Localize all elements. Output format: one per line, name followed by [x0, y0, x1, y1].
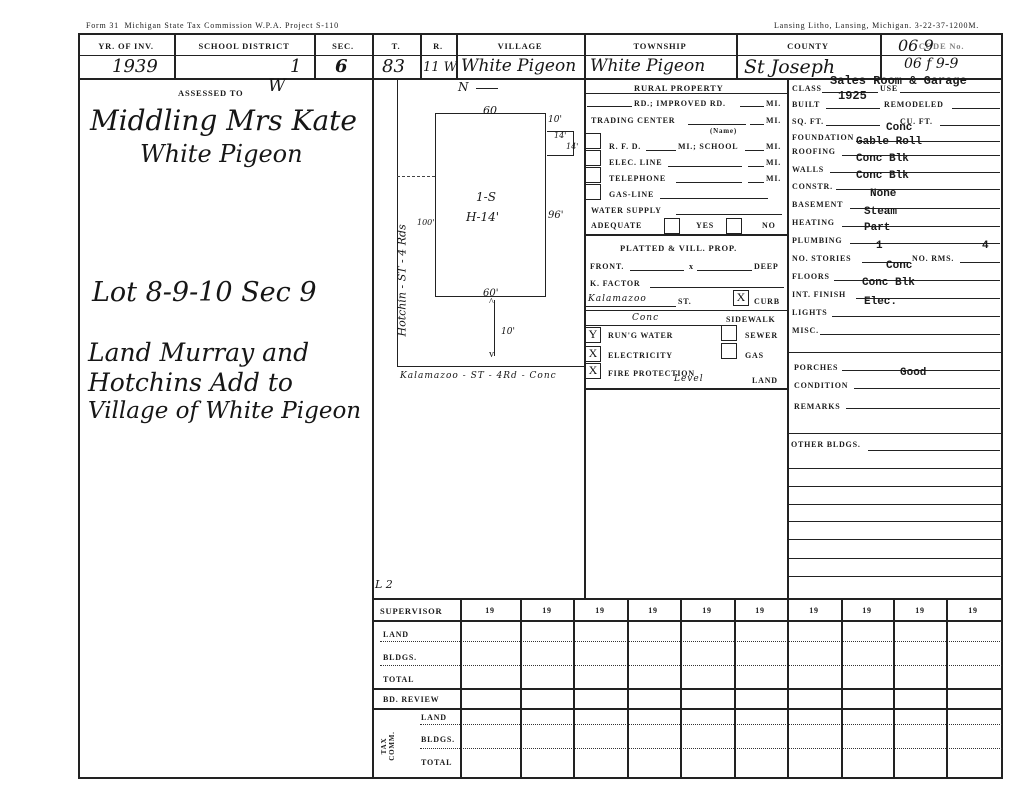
col-township: TOWNSHIP: [584, 41, 736, 51]
adequate-no-checkbox[interactable]: [726, 218, 742, 234]
building-height: H-14': [466, 210, 499, 224]
gas-checkbox[interactable]: [721, 343, 737, 359]
year-col-2: 19: [527, 606, 567, 615]
left-depth: 100': [417, 218, 434, 227]
rfd-checkbox[interactable]: [585, 133, 601, 149]
porches-label: PORCHES: [794, 363, 838, 372]
right-depth: 96': [548, 210, 563, 221]
water-supply-label: WATER SUPPLY: [591, 206, 662, 215]
legal-line-1: Land Murray and: [88, 338, 309, 367]
tax-row-land: LAND: [421, 713, 447, 722]
sidewalk-label: SIDEWALK: [726, 315, 776, 324]
year-col-9: 19: [900, 606, 940, 615]
range-value: 11 W: [423, 60, 457, 75]
owner-name: Middling Mrs Kate: [90, 104, 357, 137]
adequate-yes-checkbox[interactable]: [664, 218, 680, 234]
curb-label: CURB: [754, 297, 780, 306]
remodeled-label: REMODELED: [884, 100, 944, 109]
k-factor-label: K. FACTOR: [590, 279, 640, 288]
plumbing-value: Part: [864, 222, 890, 234]
row-total: TOTAL: [383, 675, 414, 684]
owner-address: White Pigeon: [140, 140, 303, 168]
col-county: COUNTY: [736, 41, 880, 51]
code-no-value-2: 06 f 9-9: [904, 56, 958, 72]
annex-width: 14': [554, 131, 566, 140]
sidewalk-value: Conc: [632, 313, 659, 323]
constr-label: CONSTR.: [792, 182, 833, 191]
legal-line-3: Village of White Pigeon: [88, 398, 361, 424]
lights-label: LIGHTS: [792, 308, 827, 317]
rooms-label: NO. RMS.: [912, 254, 954, 263]
school-label: MI.; SCHOOL: [678, 142, 738, 151]
yes-label: YES: [696, 221, 714, 230]
mi-label: MI.: [766, 116, 781, 125]
gas-label: GAS: [745, 351, 764, 360]
rd-label: RD.; IMPROVED RD.: [634, 99, 726, 108]
elec-line-label: ELEC. LINE: [609, 158, 662, 167]
building-label: 1-S: [476, 190, 496, 204]
mi-label: MI.: [766, 99, 781, 108]
year-col-3: 19: [580, 606, 620, 615]
curb-checkbox[interactable]: X: [733, 290, 749, 306]
front-label: FRONT.: [590, 262, 624, 271]
street-value: Kalamazoo: [588, 294, 647, 304]
gas-line-checkbox[interactable]: [585, 184, 601, 200]
row-bd-review: BD. REVIEW: [383, 695, 439, 704]
village-value: White Pigeon: [461, 56, 576, 76]
col-r: R.: [420, 41, 456, 51]
col-village: VILLAGE: [456, 41, 584, 51]
annex-height: 14': [566, 142, 578, 151]
col-school-district: SCHOOL DISTRICT: [174, 41, 314, 51]
int-finish-value: Conc Blk: [862, 277, 915, 289]
remarks-label: REMARKS: [794, 402, 841, 411]
rooms-value: 4: [982, 240, 989, 252]
code-no-value: 06 9: [898, 36, 934, 55]
telephone-label: TELEPHONE: [609, 174, 666, 183]
sewer-label: SEWER: [745, 331, 778, 340]
walls-value: Conc Blk: [856, 153, 909, 165]
electricity-label: ELECTRICITY: [608, 351, 673, 360]
printer-imprint: Lansing Litho, Lansing, Michigan. 3-22-3…: [774, 21, 979, 30]
elec-line-checkbox[interactable]: [585, 150, 601, 166]
walls-label: WALLS: [792, 165, 824, 174]
other-bldgs-label: OTHER BLDGS.: [791, 440, 861, 449]
foundation-label: FOUNDATION: [792, 133, 854, 142]
telephone-checkbox[interactable]: [585, 167, 601, 183]
tax-comm-label: TAX COMM.: [380, 726, 396, 766]
tax-row-total: TOTAL: [421, 758, 452, 767]
land-value: Level: [674, 374, 704, 384]
township-value: White Pigeon: [590, 56, 705, 76]
platted-title: PLATTED & VILL. PROP.: [620, 243, 737, 253]
sewer-checkbox[interactable]: [721, 325, 737, 341]
year-value: 1939: [112, 56, 158, 77]
class-label: CLASS: [792, 84, 822, 93]
x-label: x: [689, 262, 694, 271]
condition-label: CONDITION: [794, 381, 848, 390]
floors-value: Conc: [886, 260, 912, 272]
col-sec: SEC.: [314, 41, 372, 51]
supervisor-header: SUPERVISOR: [380, 606, 443, 616]
year-col-10: 19: [953, 606, 993, 615]
basement-label: BASEMENT: [792, 200, 843, 209]
form-title: Michigan State Tax Commission W.P.A. Pro…: [125, 21, 339, 30]
front-street: Kalamazoo - ST - 4Rd - Conc: [400, 371, 557, 381]
trading-center-label: TRADING CENTER: [591, 116, 675, 125]
assessed-to-label: ASSESSED TO: [178, 88, 243, 98]
deep-label: DEEP: [754, 262, 779, 271]
heating-label: HEATING: [792, 218, 835, 227]
gas-line-label: GAS-LINE: [609, 190, 654, 199]
township-num-value: 83: [382, 56, 405, 77]
lights-value: Elec.: [864, 296, 897, 308]
basement-value: None: [870, 188, 896, 200]
form-id: Form 31 Michigan State Tax Commission W.…: [86, 21, 339, 30]
tax-row-bldgs: BLDGS.: [421, 735, 455, 744]
foundation-value: Conc: [886, 122, 912, 134]
col-year-of-inv: YR. OF INV.: [78, 41, 174, 51]
built-value: 1925: [838, 89, 867, 103]
year-col-4: 19: [633, 606, 673, 615]
no-label: NO: [762, 221, 776, 230]
rfd-label: R. F. D.: [609, 142, 641, 151]
floors-label: FLOORS: [792, 272, 830, 281]
bottom-width: 60': [483, 288, 498, 299]
int-finish-label: INT. FINISH: [792, 290, 846, 299]
electricity-checkbox[interactable]: X: [585, 346, 601, 362]
year-col-7: 19: [794, 606, 834, 615]
heating-value: Steam: [864, 206, 897, 218]
side-street: Hotchin - ST - 4 Rds: [396, 177, 409, 337]
top-width: 60: [483, 104, 497, 117]
roofing-label: ROOFING: [792, 147, 836, 156]
mi-label: MI.: [766, 158, 781, 167]
name-note: (Name): [710, 127, 737, 135]
stories-label: NO. STORIES: [792, 254, 851, 263]
running-water-checkbox[interactable]: Y: [585, 327, 601, 343]
constr-value: Conc Blk: [856, 170, 909, 182]
sqft-label: SQ. FT.: [792, 117, 824, 126]
county-value: St Joseph: [744, 56, 835, 78]
running-water-label: RUN'G WATER: [608, 331, 673, 340]
school-district-value: 1: [290, 56, 301, 77]
stories-value: 1: [876, 240, 883, 252]
land-label: LAND: [752, 376, 778, 385]
front-setback: 10': [501, 327, 515, 337]
st-label: ST.: [678, 297, 692, 306]
legal-line-2: Hotchins Add to: [88, 368, 293, 397]
lot-description: Lot 8-9-10 Sec 9: [92, 277, 317, 308]
plumbing-label: PLUMBING: [792, 236, 842, 245]
condition-value: Good: [900, 367, 926, 379]
col-t: T.: [372, 41, 420, 51]
year-col-1: 19: [470, 606, 510, 615]
year-col-6: 19: [740, 606, 780, 615]
use-value: Sales Room & Garage: [830, 74, 967, 88]
north-arrow: N: [458, 80, 469, 94]
row-land: LAND: [383, 630, 409, 639]
roofing-value: Gable Roll: [856, 136, 922, 148]
row-bldgs: BLDGS.: [383, 653, 417, 662]
misc-label: MISC.: [792, 326, 819, 335]
assessed-mark: W: [268, 76, 285, 96]
mi-label: MI.: [766, 142, 781, 151]
fire-protection-checkbox[interactable]: X: [585, 363, 601, 379]
built-label: BUILT: [792, 100, 820, 109]
rural-property-title: RURAL PROPERTY: [634, 83, 724, 93]
year-col-8: 19: [847, 606, 887, 615]
adequate-label: ADEQUATE: [591, 221, 642, 230]
rear-setback: 10': [548, 115, 562, 125]
year-col-5: 19: [687, 606, 727, 615]
mi-label: MI.: [766, 174, 781, 183]
corner-mark: L 2: [375, 578, 393, 591]
section-value: 6: [335, 56, 348, 77]
